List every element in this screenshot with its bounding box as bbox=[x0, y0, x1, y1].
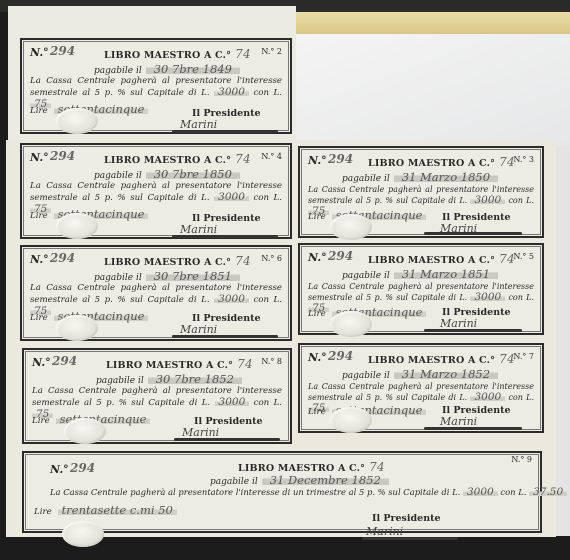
embossed-seal-icon bbox=[330, 214, 372, 240]
capital-value: 3000 bbox=[470, 391, 505, 403]
ledger-title: LIBRO MAESTRO A C.°74 bbox=[104, 254, 251, 268]
interest-value: 37.50 bbox=[529, 486, 567, 498]
ledger-value: 74 bbox=[235, 254, 251, 268]
embossed-seal-icon bbox=[330, 311, 372, 337]
number-label: N.° bbox=[30, 151, 49, 164]
serial-number: N.° 9 bbox=[511, 455, 532, 464]
frame-mat-right bbox=[556, 146, 570, 536]
payable-line: pagabile il31 Marzo 1852 bbox=[342, 367, 498, 381]
embossed-seal-icon bbox=[56, 108, 98, 134]
signature-rule bbox=[172, 335, 278, 338]
capital-value: 3000 bbox=[214, 86, 249, 98]
ledger-title: LIBRO MAESTRO A C.°74 bbox=[106, 357, 253, 371]
coupon-4: N.° 294 LIBRO MAESTRO A C.°74 N.° 4 paga… bbox=[20, 143, 292, 239]
embossed-seal-icon bbox=[62, 521, 104, 547]
number-value: 294 bbox=[328, 152, 353, 166]
ledger-title: LIBRO MAESTRO A C.°74 bbox=[104, 152, 251, 166]
number-label: N.° bbox=[308, 154, 327, 167]
coupon-5: N.° 294 LIBRO MAESTRO A C.°74 N.° 5 paga… bbox=[298, 243, 544, 335]
payable-line: pagabile il31 Marzo 1850 bbox=[342, 170, 498, 184]
number-value: 294 bbox=[50, 149, 75, 163]
ledger-title: LIBRO MAESTRO A C.°74 bbox=[368, 155, 515, 169]
payable-date: 31 Marzo 1850 bbox=[394, 170, 498, 184]
coupon-9: N.° 294 LIBRO MAESTRO A C.°74 N.° 9 paga… bbox=[22, 451, 542, 533]
signature-rule bbox=[424, 329, 522, 332]
payable-line: pagabile il30 7bre 1851 bbox=[94, 269, 240, 283]
payable-date: 31 Decembre 1852 bbox=[262, 473, 389, 487]
payable-date: 30 7bre 1850 bbox=[146, 167, 240, 181]
number-value: 294 bbox=[52, 354, 77, 368]
coupon-2: N.° 294 LIBRO MAESTRO A C.°74 N.° 2 paga… bbox=[20, 38, 292, 134]
frame-mat bbox=[296, 34, 570, 146]
capital-value: 3000 bbox=[215, 396, 250, 408]
ledger-value: 74 bbox=[369, 460, 385, 474]
signature-rule bbox=[172, 130, 278, 133]
coupon-text: La Cassa Centrale pagherà al presentator… bbox=[50, 487, 532, 498]
serial-number: N.° 4 bbox=[261, 152, 282, 161]
embossed-seal-icon bbox=[64, 418, 106, 444]
number-label: N.° bbox=[30, 253, 49, 266]
payable-date: 31 Marzo 1851 bbox=[394, 267, 498, 281]
serial-number: N.° 2 bbox=[261, 47, 282, 56]
number-label: N.° bbox=[308, 351, 327, 364]
number-value: 294 bbox=[70, 461, 95, 475]
capital-value: 3000 bbox=[214, 293, 249, 305]
serial-number: N.° 5 bbox=[513, 252, 534, 261]
ledger-value: 74 bbox=[237, 357, 253, 371]
serial-number: N.° 6 bbox=[261, 254, 282, 263]
payable-line: pagabile il30 7bre 1849 bbox=[94, 62, 240, 76]
signature-rule bbox=[172, 235, 278, 238]
payable-line: pagabile il31 Marzo 1851 bbox=[342, 267, 498, 281]
ledger-title: LIBRO MAESTRO A C.°74 bbox=[368, 352, 515, 366]
serial-number: N.° 8 bbox=[261, 357, 282, 366]
president-label: Il Presidente bbox=[372, 513, 441, 524]
lire-words: trentasette c.mi 50 bbox=[58, 503, 177, 517]
number-value: 294 bbox=[328, 249, 353, 263]
coupon-3: N.° 294 LIBRO MAESTRO A C.°74 N.° 3 paga… bbox=[298, 146, 544, 238]
payable-line: pagabile il30 7bre 1850 bbox=[94, 167, 240, 181]
payable-date: 31 Marzo 1852 bbox=[394, 367, 498, 381]
payable-date: 30 7bre 1849 bbox=[146, 62, 240, 76]
frame-gold-edge bbox=[296, 12, 570, 34]
coupon-7: N.° 294 LIBRO MAESTRO A C.°74 N.° 7 paga… bbox=[298, 343, 544, 433]
number-label: N.° bbox=[30, 46, 49, 59]
coupon-8: N.° 294 LIBRO MAESTRO A C.°74 N.° 8 paga… bbox=[22, 348, 292, 444]
payable-line: pagabile il31 Decembre 1852 bbox=[210, 473, 389, 487]
ledger-title: LIBRO MAESTRO A C.°74 bbox=[104, 47, 251, 61]
ledger-value: 74 bbox=[235, 152, 251, 166]
ledger-title: LIBRO MAESTRO A C.°74 bbox=[368, 252, 515, 266]
capital-value: 3000 bbox=[470, 194, 505, 206]
embossed-seal-icon bbox=[56, 213, 98, 239]
ledger-value: 74 bbox=[235, 47, 251, 61]
number-value: 294 bbox=[50, 44, 75, 58]
embossed-seal-icon bbox=[330, 407, 372, 433]
lire-line: Liretrentasette c.mi 50 bbox=[34, 503, 177, 517]
capital-value: 3000 bbox=[470, 291, 505, 303]
signature-rule bbox=[362, 537, 458, 540]
number-label: N.° bbox=[32, 356, 51, 369]
number-value: 294 bbox=[328, 349, 353, 363]
number-label: N.° bbox=[50, 463, 69, 476]
signature-rule bbox=[174, 438, 280, 441]
serial-number: N.° 3 bbox=[513, 155, 534, 164]
payable-date: 30 7bre 1852 bbox=[148, 372, 242, 386]
signature-rule bbox=[424, 427, 522, 430]
number-value: 294 bbox=[50, 251, 75, 265]
coupon-6: N.° 294 LIBRO MAESTRO A C.°74 N.° 6 paga… bbox=[20, 245, 292, 341]
signature-rule bbox=[424, 232, 522, 235]
payable-line: pagabile il30 7bre 1852 bbox=[96, 372, 242, 386]
payable-date: 30 7bre 1851 bbox=[146, 269, 240, 283]
embossed-seal-icon bbox=[56, 315, 98, 341]
capital-value: 3000 bbox=[463, 486, 498, 498]
number-label: N.° bbox=[308, 251, 327, 264]
capital-value: 3000 bbox=[214, 191, 249, 203]
serial-number: N.° 7 bbox=[513, 352, 534, 361]
ledger-title: LIBRO MAESTRO A C.°74 bbox=[238, 460, 385, 474]
